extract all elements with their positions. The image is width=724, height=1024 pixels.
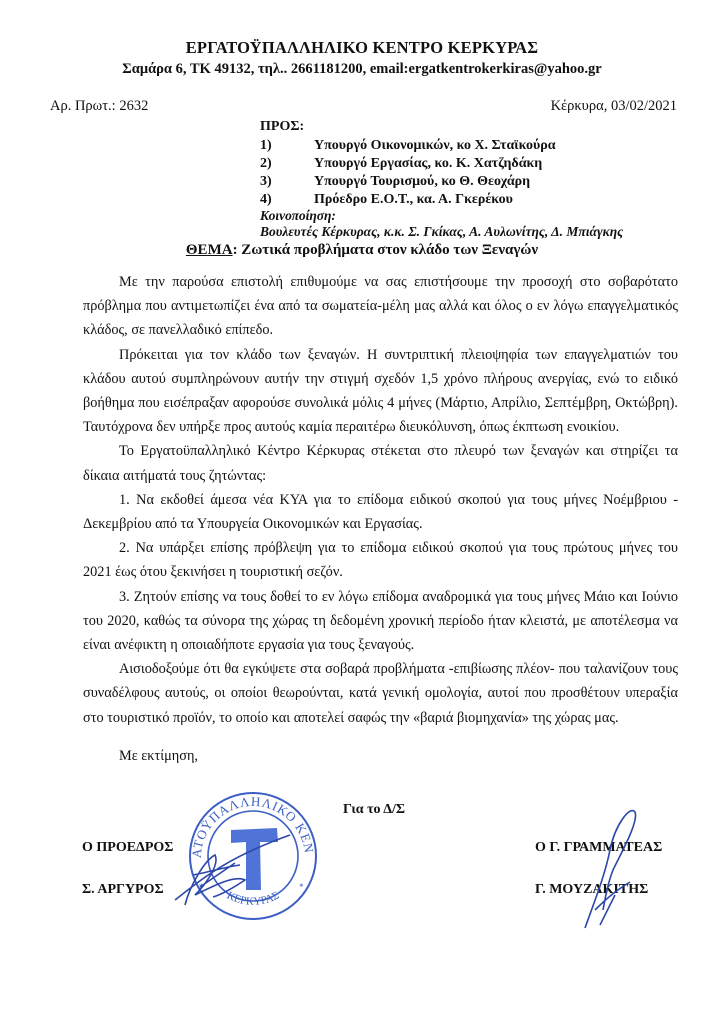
- body-paragraph: 3. Ζητούν επίσης να τους δοθεί το εν λόγ…: [83, 585, 678, 658]
- recipient-item: 4)Πρόεδρο Ε.Ο.Τ., κα. Α. Γκερέκου: [260, 192, 513, 208]
- subject-line: ΘΕΜΑ: Ζωτικά προβλήματα στον κλάδο των Ξ…: [0, 242, 724, 259]
- recipient-number: 2): [260, 156, 314, 172]
- for-board-label: Για το Δ/Σ: [343, 802, 405, 818]
- closing-salutation: Με εκτίμηση,: [119, 748, 198, 765]
- body-paragraph: Το Εργατοϋπαλληλικό Κέντρο Κέρκυρας στέκ…: [83, 439, 678, 487]
- recipient-text: Υπουργό Εργασίας, κο. Κ. Χατζηδάκη: [314, 156, 542, 171]
- recipients-label: ΠΡΟΣ:: [260, 119, 304, 135]
- body-paragraph: 1. Να εκδοθεί άμεσα νέα ΚΥΑ για το επίδο…: [83, 488, 678, 536]
- body-paragraph: 2. Να υπάρξει επίσης πρόβλεψη για το επί…: [83, 536, 678, 584]
- president-signature-icon: [125, 815, 305, 915]
- recipient-item: 2)Υπουργό Εργασίας, κο. Κ. Χατζηδάκη: [260, 156, 542, 172]
- recipient-item: 1)Υπουργό Οικονομικών, κο Χ. Σταϊκούρα: [260, 138, 556, 154]
- secretary-signature-icon: [575, 800, 655, 930]
- subject-text: : Ζωτικά προβλήματα στον κλάδο των Ξεναγ…: [233, 242, 539, 258]
- protocol-number: Αρ. Πρωτ.: 2632: [50, 98, 148, 115]
- recipient-text: Υπουργό Οικονομικών, κο Χ. Σταϊκούρα: [314, 138, 556, 153]
- recipient-number: 1): [260, 138, 314, 154]
- letter-body: Με την παρούσα επιστολή επιθυμούμε να σα…: [83, 270, 678, 730]
- recipient-item: 3)Υπουργό Τουρισμού, κο Θ. Θεοχάρη: [260, 174, 530, 190]
- cc-list: Βουλευτές Κέρκυρας, κ.κ. Σ. Γκίκας, Α. Α…: [260, 224, 623, 240]
- place-date: Κέρκυρα, 03/02/2021: [551, 98, 677, 115]
- body-paragraph: Πρόκειται για τον κλάδο των ξεναγών. Η σ…: [83, 343, 678, 440]
- body-paragraph: Με την παρούσα επιστολή επιθυμούμε να σα…: [83, 270, 678, 343]
- organization-name: ΕΡΓΑΤΟΫΠΑΛΛΗΛΙΚΟ ΚΕΝΤΡΟ ΚΕΡΚΥΡΑΣ: [0, 38, 724, 58]
- subject-label: ΘΕΜΑ: [186, 242, 233, 258]
- body-paragraph: Αισιοδοξούμε ότι θα εγκύψετε στα σοβαρά …: [83, 657, 678, 730]
- recipient-text: Υπουργό Τουρισμού, κο Θ. Θεοχάρη: [314, 174, 530, 189]
- recipient-number: 4): [260, 192, 314, 208]
- cc-label: Κοινοποίηση:: [260, 208, 336, 224]
- recipient-number: 3): [260, 174, 314, 190]
- recipient-text: Πρόεδρο Ε.Ο.Τ., κα. Α. Γκερέκου: [314, 192, 513, 207]
- organization-contact: Σαμάρα 6, ΤΚ 49132, τηλ.. 2661181200, em…: [0, 61, 724, 78]
